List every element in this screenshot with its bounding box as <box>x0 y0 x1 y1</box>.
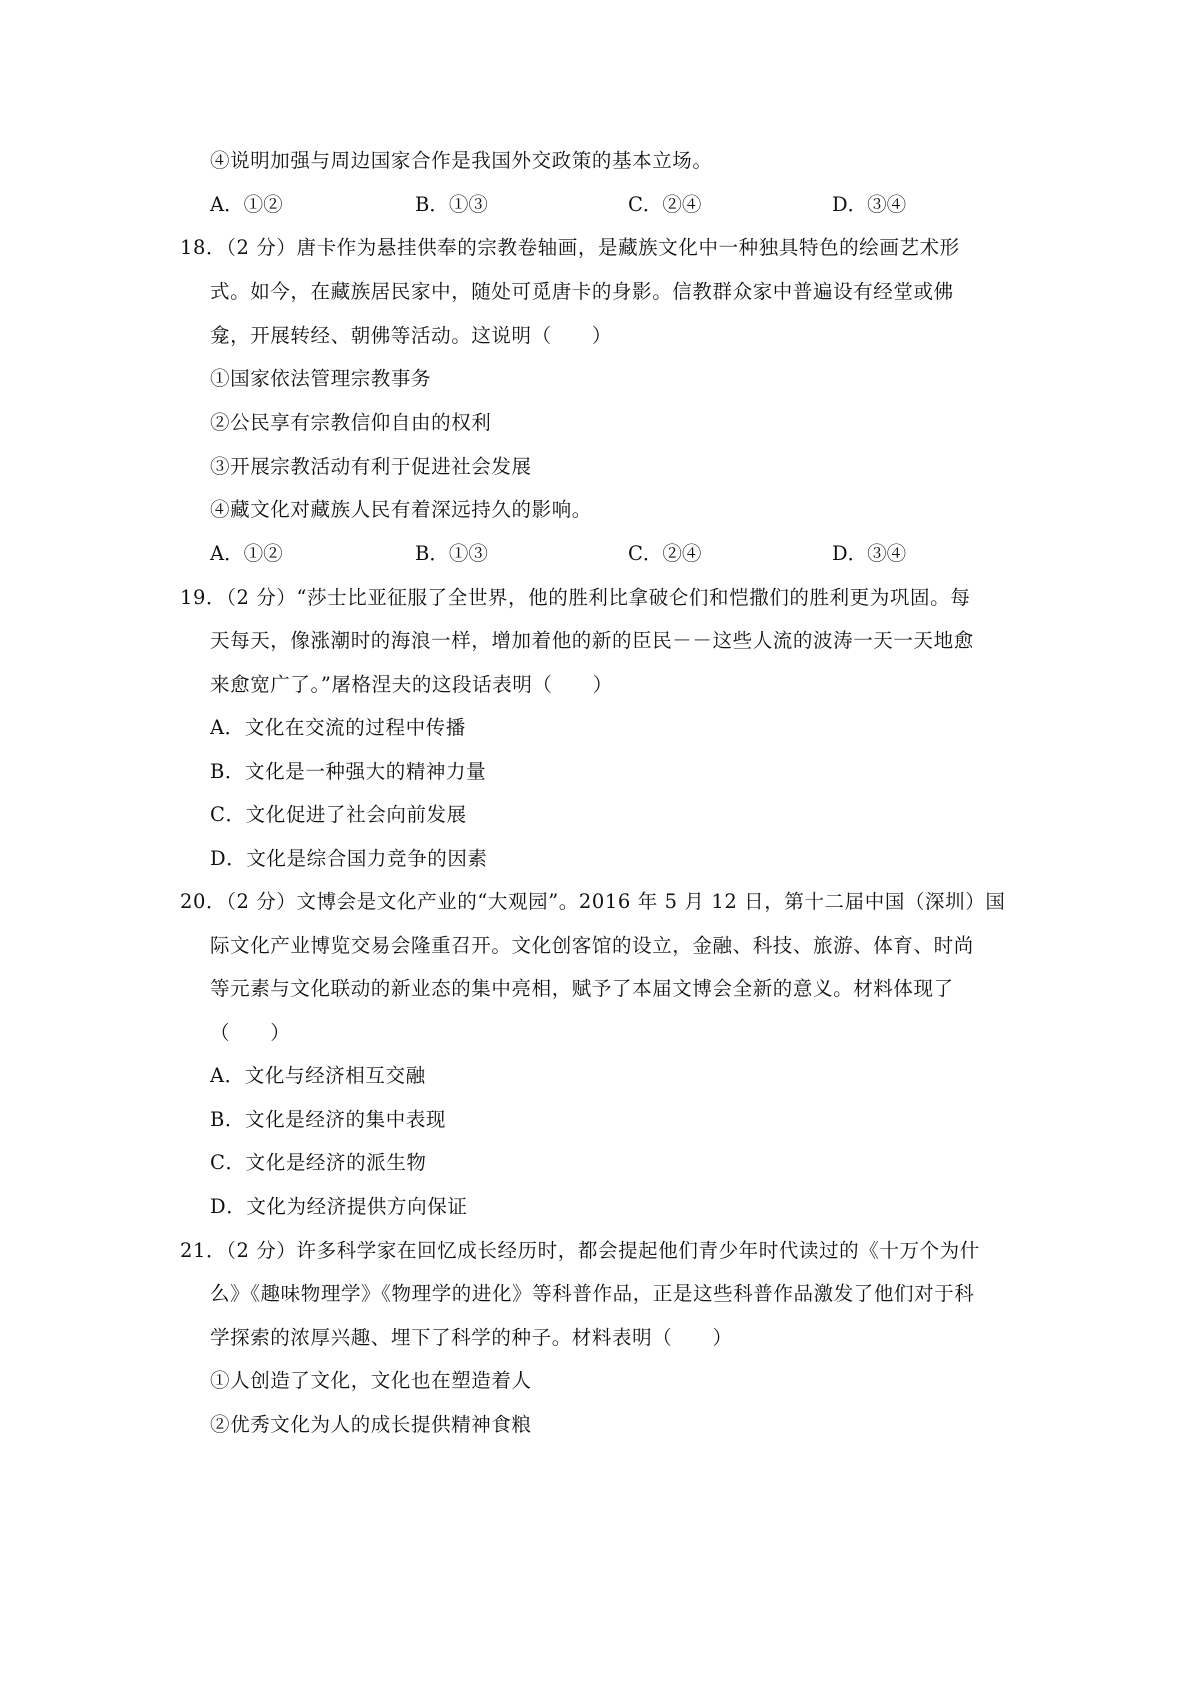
q18-item-3: ③开展宗教活动有利于促进社会发展 <box>210 451 532 479</box>
q18-item-4: ④藏文化对藏族人民有着深远持久的影响。 <box>210 494 592 522</box>
q18-option-d: D．③④ <box>832 538 906 566</box>
q20-stem-line-3: 等元素与文化联动的新业态的集中亮相，赋予了本届文博会全新的意义。材料体现了 <box>210 973 954 1001</box>
q19-option-c: C．文化促进了社会向前发展 <box>210 799 467 827</box>
q19-stem-line-2: 天每天，像涨潮时的海浪一样，增加着他的新的臣民－－这些人流的波涛一天一天地愈 <box>210 625 974 653</box>
q20-stem-line-2: 际文化产业博览交易会隆重召开。文化创客馆的设立，金融、科技、旅游、体育、时尚 <box>210 930 974 958</box>
q20-option-c: C．文化是经济的派生物 <box>210 1147 427 1175</box>
q21-stem-line-3: 学探索的浓厚兴趣、埋下了科学的种子。材料表明（ ） <box>210 1322 733 1350</box>
q19-stem-line-3: 来愈宽广了。”屠格涅夫的这段话表明（ ） <box>210 669 613 697</box>
q20-option-b: B．文化是经济的集中表现 <box>210 1104 446 1132</box>
q17-option-a: A．①② <box>210 189 283 217</box>
q19-option-b: B．文化是一种强大的精神力量 <box>210 756 486 784</box>
q17-option-c: C．②④ <box>628 189 701 217</box>
q20-stem-line-4: （ ） <box>210 1017 290 1045</box>
q21-item-1: ①人创造了文化，文化也在塑造着人 <box>210 1365 532 1393</box>
q20-option-d: D．文化为经济提供方向保证 <box>210 1191 467 1219</box>
q20-option-a: A．文化与经济相互交融 <box>210 1060 426 1088</box>
q17-option-b: B．①③ <box>415 189 488 217</box>
q17-item-4: ④说明加强与周边国家合作是我国外交政策的基本立场。 <box>210 145 713 173</box>
q21-stem-line-1: 21．（2 分）许多科学家在回忆成长经历时，都会提起他们青少年时代读过的《十万个… <box>180 1235 980 1263</box>
q18-item-2: ②公民享有宗教信仰自由的权利 <box>210 407 491 435</box>
q18-stem-line-3: 龛，开展转经、朝佛等活动。这说明（ ） <box>210 320 612 348</box>
q18-option-a: A．①② <box>210 538 283 566</box>
q21-item-2: ②优秀文化为人的成长提供精神食粮 <box>210 1409 532 1437</box>
q18-option-b: B．①③ <box>415 538 488 566</box>
q19-stem-line-1: 19．（2 分）“莎士比亚征服了全世界，他的胜利比拿破仑们和恺撒们的胜利更为巩固… <box>180 582 970 610</box>
q21-stem-line-2: 么》《趣味物理学》《物理学的进化》等科普作品，正是这些科普作品激发了他们对于科 <box>210 1278 974 1306</box>
q18-option-c: C．②④ <box>628 538 701 566</box>
q18-stem-line-1: 18．（2 分）唐卡作为悬挂供奉的宗教卷轴画，是藏族文化中一种独具特色的绘画艺术… <box>180 232 960 260</box>
q19-option-d: D．文化是综合国力竞争的因素 <box>210 843 488 871</box>
q18-item-1: ①国家依法管理宗教事务 <box>210 363 431 391</box>
q20-stem-line-1: 20．（2 分）文博会是文化产业的“大观园”。2016 年 5 月 12 日，第… <box>180 886 1005 914</box>
q19-option-a: A．文化在交流的过程中传播 <box>210 712 466 740</box>
q17-option-d: D．③④ <box>832 189 906 217</box>
q18-stem-line-2: 式。如今，在藏族居民家中，随处可觅唐卡的身影。信教群众家中普遍设有经堂或佛 <box>210 276 954 304</box>
